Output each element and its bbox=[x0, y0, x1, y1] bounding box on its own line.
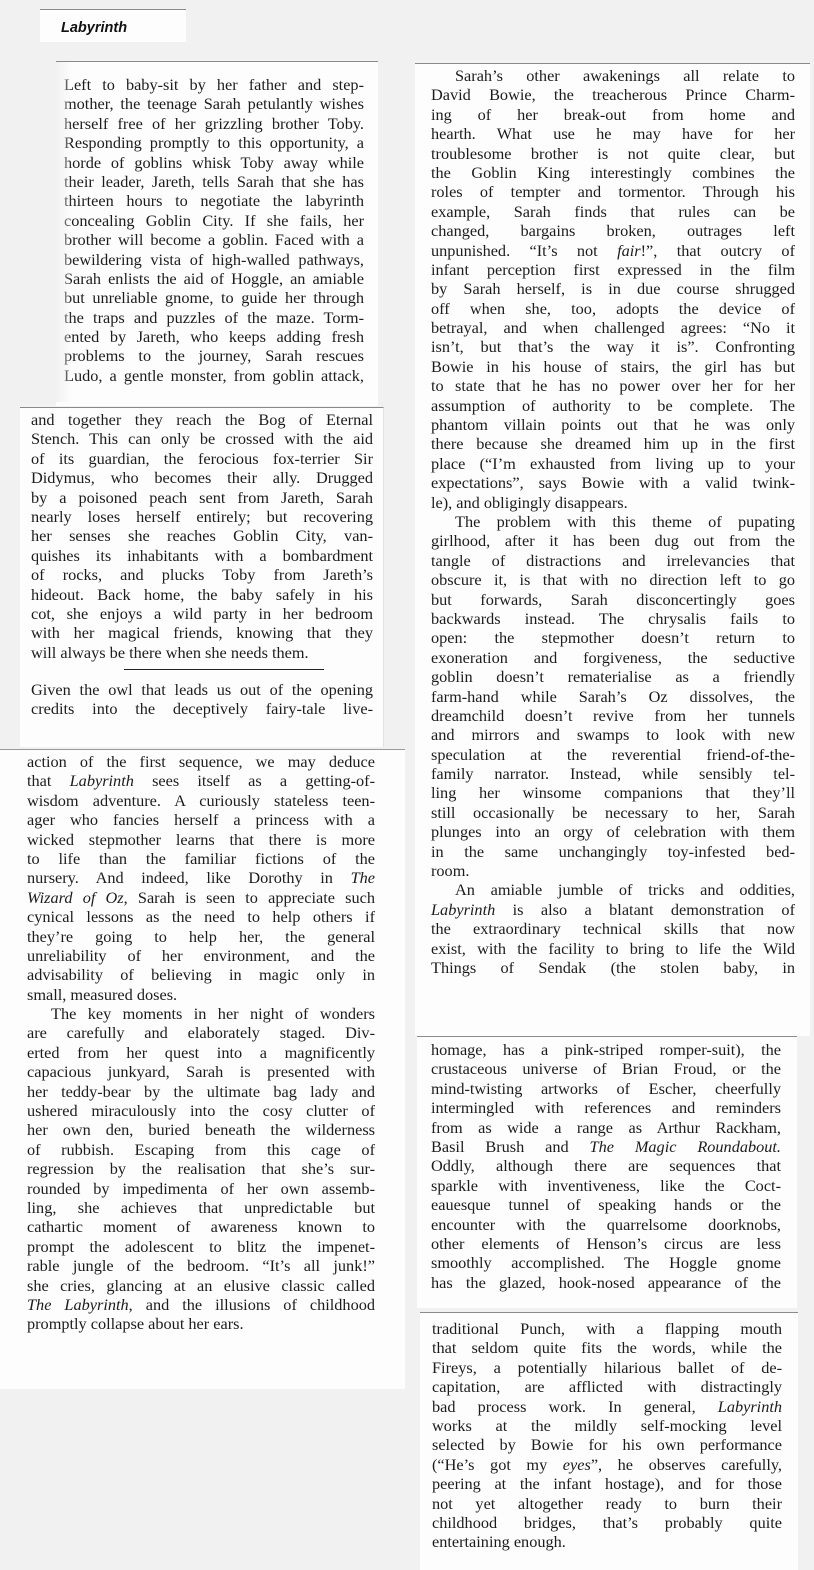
text-line: brother will become a goblin. Faced with… bbox=[64, 230, 364, 249]
clipping-review-right-top: Sarah’s other awakenings all relate toDa… bbox=[415, 63, 810, 1036]
text-line: example, Sarah finds that rules can be bbox=[431, 202, 795, 221]
text-line: Sarah enlists the aid of Hoggle, an amia… bbox=[64, 269, 364, 288]
text-line: homage, has a pink-striped romper-suit),… bbox=[431, 1040, 781, 1059]
text-line: phantom villain points out that he was o… bbox=[431, 415, 795, 434]
text-line: hideout. Back home, the baby safely in h… bbox=[31, 585, 373, 604]
text-line: ager who fancies herself a princess with… bbox=[27, 810, 375, 829]
text-line: exist, with the facility to bring to lif… bbox=[431, 939, 795, 958]
text-line: wicked stepmother learns that there is m… bbox=[27, 830, 375, 849]
text-line: mother, the teenage Sarah petulantly wis… bbox=[64, 94, 364, 113]
text-line: of rubbish. Escaping from this cage of bbox=[27, 1140, 375, 1159]
text-line: and mirrors and swamps to look with new bbox=[431, 725, 795, 744]
text-line: hearth. What use he may have for her bbox=[431, 124, 795, 143]
text-line: thirteen hours to negotiate the labyrint… bbox=[64, 191, 364, 210]
text-block: Given the owl that leads us out of the o… bbox=[31, 680, 373, 719]
text-line: room. bbox=[431, 861, 795, 880]
text-line: horde of goblins whisk Toby away while bbox=[64, 153, 364, 172]
text-line: girlhood, after it has been dug out from… bbox=[431, 531, 795, 550]
text-line: Things of Sendak (the stolen baby, in bbox=[431, 958, 795, 977]
text-line: bad process work. In general, Labyrinth bbox=[432, 1397, 782, 1416]
text-line: the extraordinary technical skills that … bbox=[431, 919, 795, 938]
text-line: encounter with the quarrelsome doorknobs… bbox=[431, 1215, 781, 1234]
text-line: intermingled with references and reminde… bbox=[431, 1098, 781, 1117]
text-line: Didymus, who becomes their ally. Drugged bbox=[31, 468, 373, 487]
text-line: not yet altogether ready to burn their bbox=[432, 1494, 782, 1513]
text-line: expectations”, says Bowie with a valid t… bbox=[431, 473, 795, 492]
clipping-review-right-middle: homage, has a pink-striped romper-suit),… bbox=[417, 1036, 797, 1308]
text-line: ling her winsome companions that they’ll bbox=[431, 783, 795, 802]
text-line: farm-hand while Sarah’s Oz dissolves, th… bbox=[431, 687, 795, 706]
text-line: concealing Goblin City. If she fails, he… bbox=[64, 211, 364, 230]
text-line: peering at the infant hostage), and for … bbox=[432, 1474, 782, 1493]
text-line: The Labyrinth, and the illusions of chil… bbox=[27, 1295, 375, 1314]
text-line: plunges into an orgy of celebration with… bbox=[431, 822, 795, 841]
text-line: but forwards, Sarah disconcertingly goes bbox=[431, 590, 795, 609]
text-line: works at the mildly self-mocking level bbox=[432, 1416, 782, 1435]
clipping-synopsis-bottom: and together they reach the Bog of Etern… bbox=[20, 407, 384, 747]
text-line: unpunished. “It’s not fair!”, that outcr… bbox=[431, 241, 795, 260]
text-line: entertaining enough. bbox=[432, 1532, 782, 1551]
text-line: changed, bargains broken, outrages left bbox=[431, 221, 795, 240]
text-line: in the same unchangingly toy-infested be… bbox=[431, 842, 795, 861]
article-title-tab: Labyrinth bbox=[40, 9, 186, 42]
clipping-synopsis-top: Left to baby-sit by her father and step-… bbox=[56, 61, 378, 406]
text-line: they’re going to help her, the general bbox=[27, 927, 375, 946]
text-line: her own den, buried beneath the wilderne… bbox=[27, 1120, 375, 1139]
text-line: her senses she reaches Goblin City, van- bbox=[31, 526, 373, 545]
text-line: Bowie in his house of stairs, the girl h… bbox=[431, 357, 795, 376]
text-line: Labyrinth is also a blatant demonstratio… bbox=[431, 900, 795, 919]
article-title: Labyrinth bbox=[61, 20, 127, 36]
text-line: backwards instead. The chrysalis fails t… bbox=[431, 609, 795, 628]
text-line: regression by the realisation that she’s… bbox=[27, 1159, 375, 1178]
text-line: quishes its inhabitants with a bombardme… bbox=[31, 546, 373, 565]
text-line: wisdom adventure. A curiously stateless … bbox=[27, 791, 375, 810]
text-line: promptly collapse about her ears. bbox=[27, 1314, 375, 1333]
text-line: le), and obligingly disappears. bbox=[431, 493, 795, 512]
section-divider bbox=[124, 669, 324, 670]
clipping-review-left: action of the first sequence, we may ded… bbox=[0, 749, 405, 1389]
text-line: Wizard of Oz, Sarah is seen to appreciat… bbox=[27, 888, 375, 907]
text-line: The key moments in her night of wonders bbox=[27, 1004, 375, 1023]
text-line: prompt the adolescent to blitz the impen… bbox=[27, 1237, 375, 1256]
text-line: erted from her quest into a magnificentl… bbox=[27, 1043, 375, 1062]
text-line: credits into the deceptively fairy-tale … bbox=[31, 699, 373, 718]
text-line: Basil Brush and The Magic Roundabout. bbox=[431, 1137, 781, 1156]
text-line: infant perception first expressed in the… bbox=[431, 260, 795, 279]
text-line: rable jungle of the bedroom. “It’s all j… bbox=[27, 1256, 375, 1275]
text-line: that Labyrinth sees itself as a getting-… bbox=[27, 771, 375, 790]
text-line: advisability of believing in magic only … bbox=[27, 965, 375, 984]
text-line: capacious junkyard, Sarah is presented w… bbox=[27, 1062, 375, 1081]
text-line: Fireys, a potentially hilarious ballet o… bbox=[432, 1358, 782, 1377]
text-line: isn’t, but that’s the way it is”. Confro… bbox=[431, 337, 795, 356]
text-line: rounded by impedimenta of her own assemb… bbox=[27, 1179, 375, 1198]
text-line: nursery. And indeed, like Dorothy in The bbox=[27, 868, 375, 887]
text-line: betrayal, and when challenged agrees: “N… bbox=[431, 318, 795, 337]
text-line: childhood bridges, that’s probably quite bbox=[432, 1513, 782, 1532]
text-line: there because she dreamed him up in the … bbox=[431, 434, 795, 453]
text-line: ing of her break-out from home and bbox=[431, 105, 795, 124]
text-block: action of the first sequence, we may ded… bbox=[27, 752, 375, 1334]
text-line: cynical lessons as the need to help othe… bbox=[27, 907, 375, 926]
text-line: Responding promptly to this opportunity,… bbox=[64, 133, 364, 152]
text-line: The problem with this theme of pupating bbox=[431, 512, 795, 531]
text-line: Left to baby-sit by her father and step- bbox=[64, 75, 364, 94]
text-line: cot, she enjoys a wild party in her bedr… bbox=[31, 604, 373, 623]
text-line: assumption of authority to be complete. … bbox=[431, 396, 795, 415]
text-line: speculation at the reverential friend-of… bbox=[431, 745, 795, 764]
text-line: sparkle with inventiveness, like the Coc… bbox=[431, 1176, 781, 1195]
text-line: nearly loses herself entirely; but recov… bbox=[31, 507, 373, 526]
text-line: of rocks, and plucks Toby from Jareth’s bbox=[31, 565, 373, 584]
text-block: traditional Punch, with a flapping mouth… bbox=[432, 1319, 782, 1552]
text-line: will always be there when she needs them… bbox=[31, 643, 373, 662]
text-line: unreliability of her environment, and th… bbox=[27, 946, 375, 965]
text-line: smoothly accomplished. The Hoggle gnome bbox=[431, 1253, 781, 1272]
text-line: by a poisoned peach sent from Jareth, Sa… bbox=[31, 488, 373, 507]
text-line: ling, she achieves that unpredictable bu… bbox=[27, 1198, 375, 1217]
text-line: (“He’s got my eyes”, he observes careful… bbox=[432, 1455, 782, 1474]
text-block: Left to baby-sit by her father and step-… bbox=[64, 75, 364, 385]
text-line: to state that he has no power over her f… bbox=[431, 376, 795, 395]
text-line: other elements of Henson’s circus are le… bbox=[431, 1234, 781, 1253]
text-line: bewildering vista of high-walled pathway… bbox=[64, 250, 364, 269]
text-line: traditional Punch, with a flapping mouth bbox=[432, 1319, 782, 1338]
text-line: has the glazed, hook-nosed appearance of… bbox=[431, 1273, 781, 1292]
text-line: still occasionally be necessary to her, … bbox=[431, 803, 795, 822]
text-line: place (“I’m exhausted from living up to … bbox=[431, 454, 795, 473]
text-line: roles of tempter and tormentor. Through … bbox=[431, 182, 795, 201]
text-line: are carefully and elaborately staged. Di… bbox=[27, 1023, 375, 1042]
text-line: crustaceous universe of Brian Froud, or … bbox=[431, 1059, 781, 1078]
text-line: Ludo, a gentle monster, from goblin atta… bbox=[64, 366, 364, 385]
text-line: she cries, glancing at an elusive classi… bbox=[27, 1276, 375, 1295]
text-line: goblin doesn’t rematerialise as a friend… bbox=[431, 667, 795, 686]
text-line: open: the stepmother doesn’t return to bbox=[431, 628, 795, 647]
text-line: obscure it, is that with no direction le… bbox=[431, 570, 795, 589]
text-line: and together they reach the Bog of Etern… bbox=[31, 410, 373, 429]
text-line: by Sarah herself, is in due course shrug… bbox=[431, 279, 795, 298]
text-line: cathartic moment of awareness known to bbox=[27, 1217, 375, 1236]
text-line: action of the first sequence, we may ded… bbox=[27, 752, 375, 771]
clipping-review-right-bottom: traditional Punch, with a flapping mouth… bbox=[420, 1312, 798, 1570]
text-line: Oddly, although there are sequences that bbox=[431, 1156, 781, 1175]
text-line: exoneration and forgiveness, the seducti… bbox=[431, 648, 795, 667]
text-line: herself free of her grizzling brother To… bbox=[64, 114, 364, 133]
text-line: but unreliable gnome, to guide her throu… bbox=[64, 288, 364, 307]
text-line: with her magical friends, knowing that t… bbox=[31, 623, 373, 642]
text-line: problems to the journey, Sarah rescues bbox=[64, 346, 364, 365]
text-line: of its guardian, the ferocious fox-terri… bbox=[31, 449, 373, 468]
text-line: to life than the familiar fictions of th… bbox=[27, 849, 375, 868]
text-line: Given the owl that leads us out of the o… bbox=[31, 680, 373, 699]
text-line: Stench. This can only be crossed with th… bbox=[31, 429, 373, 448]
text-line: family narrator. Instead, while sensibly… bbox=[431, 764, 795, 783]
text-line: An amiable jumble of tricks and oddities… bbox=[431, 880, 795, 899]
text-line: small, measured doses. bbox=[27, 985, 375, 1004]
text-line: capitation, are afflicted with distracti… bbox=[432, 1377, 782, 1396]
text-line: Sarah’s other awakenings all relate to bbox=[431, 66, 795, 85]
text-line: dreamchild doesn’t revive from her tunne… bbox=[431, 706, 795, 725]
text-block: homage, has a pink-striped romper-suit),… bbox=[431, 1040, 781, 1292]
text-line: the Goblin King interestingly combines t… bbox=[431, 163, 795, 182]
text-line: off when she, too, adopts the device of bbox=[431, 299, 795, 318]
text-line: mind-twisting artworks of Escher, cheerf… bbox=[431, 1079, 781, 1098]
text-line: that seldom quite fits the words, while … bbox=[432, 1338, 782, 1357]
text-line: troublesome brother is not quite clear, … bbox=[431, 144, 795, 163]
text-line: eauesque tunnel of speaking hands or the bbox=[431, 1195, 781, 1214]
text-line: David Bowie, the treacherous Prince Char… bbox=[431, 85, 795, 104]
text-line: the traps and puzzles of the maze. Torm- bbox=[64, 308, 364, 327]
text-block: Sarah’s other awakenings all relate toDa… bbox=[431, 66, 795, 977]
text-line: their leader, Jareth, tells Sarah that s… bbox=[64, 172, 364, 191]
text-block: and together they reach the Bog of Etern… bbox=[31, 410, 373, 662]
text-line: selected by Bowie for his own performanc… bbox=[432, 1435, 782, 1454]
text-line: ushered miraculously into the cosy clutt… bbox=[27, 1101, 375, 1120]
text-line: ented by Jareth, who keeps adding fresh bbox=[64, 327, 364, 346]
text-line: her teddy-bear by the ultimate bag lady … bbox=[27, 1082, 375, 1101]
text-line: tangle of distractions and irrelevancies… bbox=[431, 551, 795, 570]
text-line: from as wide a range as Arthur Rackham, bbox=[431, 1118, 781, 1137]
